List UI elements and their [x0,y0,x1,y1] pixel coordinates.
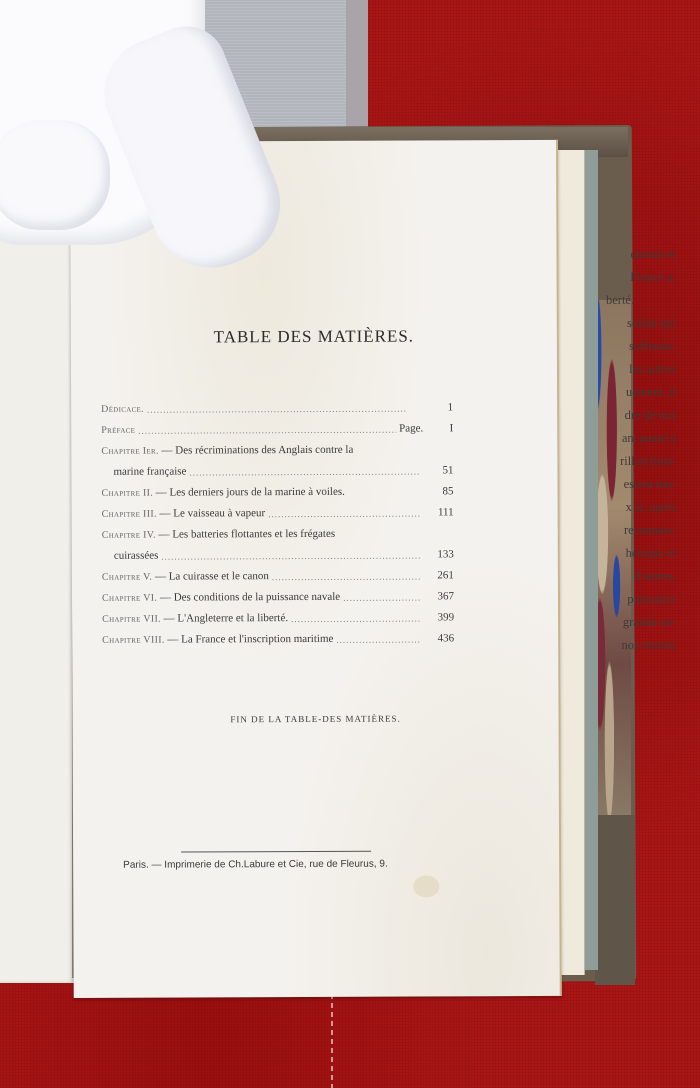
toc-page-number: 261 [424,569,454,581]
toc-title: — La cuirasse et le canon [155,570,269,582]
end-of-toc-note: FIN DE LA TABLE-DES MATIÈRES. [73,713,559,725]
glove-knuckle [0,120,110,230]
left-line: puissance [606,588,676,611]
toc-page-number: 1 [423,401,453,413]
toc-title-continued: cuirassées [114,550,159,562]
toc-label: Dédicace. [101,404,144,415]
toc-title: — La France et l'inscription maritime [167,633,333,646]
toc-label: Chapitre VI. [102,593,157,604]
toc-label: Chapitre VIII. [102,635,165,646]
toc-page-number: 436 [424,632,454,644]
left-page-text: ourrait et France a, berté. solide qui s… [606,243,676,657]
toc-row: Préface ................................… [101,413,453,436]
left-line: suffisam- [606,335,676,358]
toc-page-number: 367 [424,590,454,602]
toc-row: Chapitre IV. — Les batteries flottantes … [102,518,454,562]
left-line: berté. [606,289,676,312]
left-line: solide qui [606,312,676,335]
table-of-contents-page: TABLE DES MATIÈRES. Dédicace. ..........… [70,140,562,998]
toc-row: Chapitre VII. — L'Angleterre et la liber… [102,602,454,625]
book-cover-bottom-edge [595,815,635,985]
toc-label: Chapitre V. [102,572,152,583]
toc-row: Chapitre VI. — Des conditions de la puis… [102,581,454,604]
toc-title: — Le vaisseau à vapeur [159,507,265,519]
fabric-stitch [331,985,333,1088]
left-line: uement, il [606,381,676,404]
toc-row: Dédicace. ..............................… [101,392,453,415]
toc-page-number: 399 [424,611,454,623]
toc-row: Chapitre VIII. — La France et l'inscript… [102,623,454,646]
toc-title-continued: marine française [113,465,186,477]
toc-row: Chapitre V. — La cuirasse et le canon ..… [102,560,454,583]
toc-title: — L'Angleterre et la liberté. [164,612,289,625]
leader-dots: ........................................… [268,508,420,519]
left-line: ourrait et [606,243,676,266]
toc-label: Chapitre IV. [102,530,156,541]
toc-label: Préface [101,425,135,436]
toc-page-number: I [423,422,453,434]
left-line: nos marins [606,634,676,657]
left-line: rillon bien- [606,450,676,473]
toc-label: Chapitre II. [102,488,154,499]
toc-title: — Des récriminations des Anglais contre … [161,444,353,457]
toc-title: — Les batteries flottantes et les frégat… [159,528,336,541]
toc-page-number: 85 [424,485,454,497]
horizontal-rule [181,851,371,853]
left-line: grande en- [606,611,676,634]
left-line: dre de nos [606,404,676,427]
printer-imprint: Paris. — Imprimerie de Ch.Labure et Cie,… [123,859,388,871]
toc-page-number: 111 [424,506,454,518]
left-line: reconnais- [606,519,676,542]
left-line: x si, après [606,496,676,519]
left-line: estera tou- [606,473,676,496]
leader-dots: ........................................… [336,634,421,644]
foxing-stain [413,875,439,897]
toc-label: Chapitre Ier. [101,446,158,457]
left-page [0,238,74,983]
toc-title: — Les derniers jours de la marine à voil… [156,486,345,499]
toc-page-number: 51 [423,464,453,476]
toc-label: Chapitre III. [102,509,157,520]
left-line: héreuse et [606,542,676,565]
toc-list: Dédicace. ..............................… [101,392,454,646]
toc-row: Chapitre Ier. — Des récriminations des A… [101,434,453,478]
toc-row: Chapitre III. — Le vaisseau à vapeur ...… [102,497,454,520]
toc-page-number: 133 [424,548,454,560]
leader-dots: ........................................… [291,613,421,624]
toc-title: Page. [399,422,423,434]
left-line: France a, [606,266,676,289]
left-line: d'autres, [606,565,676,588]
page-title: TABLE DES MATIÈRES. [71,326,557,348]
toc-title: — Des conditions de la puissance navale [160,591,340,604]
left-line: les autres [606,358,676,381]
leader-dots: ........................................… [272,571,421,582]
toc-label: Chapitre VII. [102,614,161,625]
toc-row: Chapitre II. — Les derniers jours de la … [101,476,453,499]
leader-dots: ........................................… [343,592,421,602]
left-line: ant passé à [606,427,676,450]
